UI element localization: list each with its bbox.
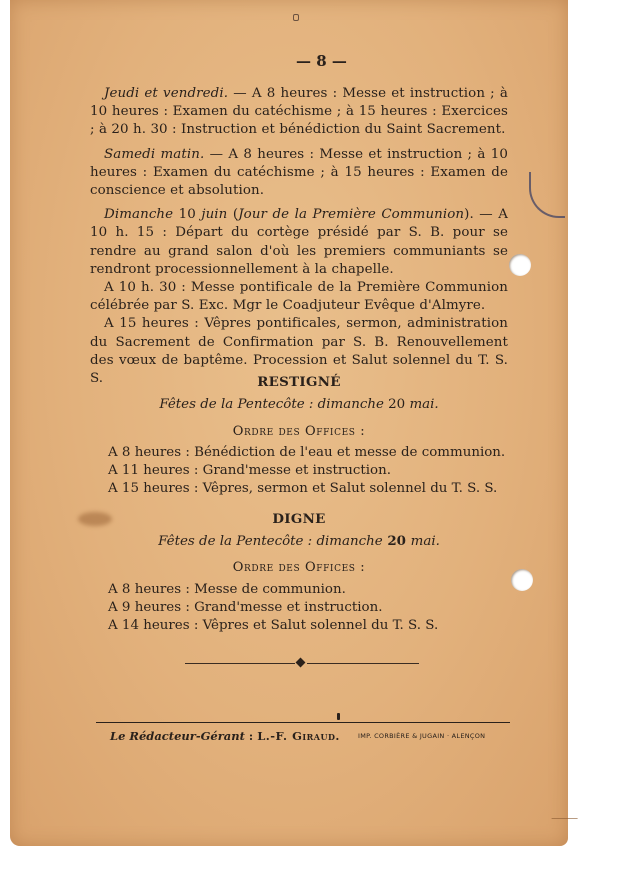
schedule-item: A 11 heures : Grand'messe et instruction… (108, 462, 528, 480)
day-label: Dimanche (104, 207, 173, 222)
footer-rule (96, 722, 510, 723)
footer-printer: IMP. CORBIÈRE & JUGAIN · ALENÇON (358, 732, 485, 740)
page-number: — 8 — (0, 52, 643, 70)
order-label-digne: Ordre des Offices : (90, 560, 508, 575)
rule-mark (337, 713, 340, 720)
corner-crease (540, 818, 578, 835)
schedule-item: A 9 heures : Grand'messe et instruction. (108, 599, 528, 617)
footer-editor: Le Rédacteur-Gérant : L.-F. Giraud. (110, 729, 340, 743)
schedule-item: A 15 heures : Vêpres, sermon et Salut so… (108, 480, 528, 498)
pencil-bracket-mark (529, 172, 565, 218)
staple-mark (293, 14, 299, 21)
paragraph-dimanche: Dimanche 10 juin (Jour de la Première Co… (90, 206, 508, 279)
schedule-item: A 8 heures : Messe de communion. (108, 581, 528, 599)
body-text: Jeudi et vendredi. — A 8 heures : Messe … (90, 85, 508, 388)
section-title-restigne: RESTIGNÉ (90, 374, 508, 390)
section-title-digne: DIGNE (90, 511, 508, 527)
punch-hole-top (509, 254, 531, 276)
order-label-restigne: Ordre des Offices : (90, 424, 508, 439)
section-subtitle-digne: Fêtes de la Pentecôte : dimanche 20 mai. (90, 533, 508, 549)
paragraph-messe-pontificale: A 10 h. 30 : Messe pontificale de la Pre… (90, 279, 508, 315)
paragraph-jeudi: Jeudi et vendredi. — A 8 heures : Messe … (90, 85, 508, 140)
schedule-list-restigne: A 8 heures : Bénédiction de l'eau et mes… (108, 444, 528, 499)
day-label: Jeudi et vendredi. (104, 86, 228, 101)
day-label: Samedi matin. (104, 147, 204, 162)
schedule-item: A 14 heures : Vêpres et Salut solennel d… (108, 617, 528, 635)
section-subtitle-restigne: Fêtes de la Pentecôte : dimanche 20 mai. (90, 397, 508, 412)
schedule-item: A 8 heures : Bénédiction de l'eau et mes… (108, 444, 528, 462)
paragraph-samedi: Samedi matin. — A 8 heures : Messe et in… (90, 146, 508, 201)
ornamental-divider (185, 662, 419, 666)
schedule-list-digne: A 8 heures : Messe de communion. A 9 heu… (108, 581, 528, 636)
